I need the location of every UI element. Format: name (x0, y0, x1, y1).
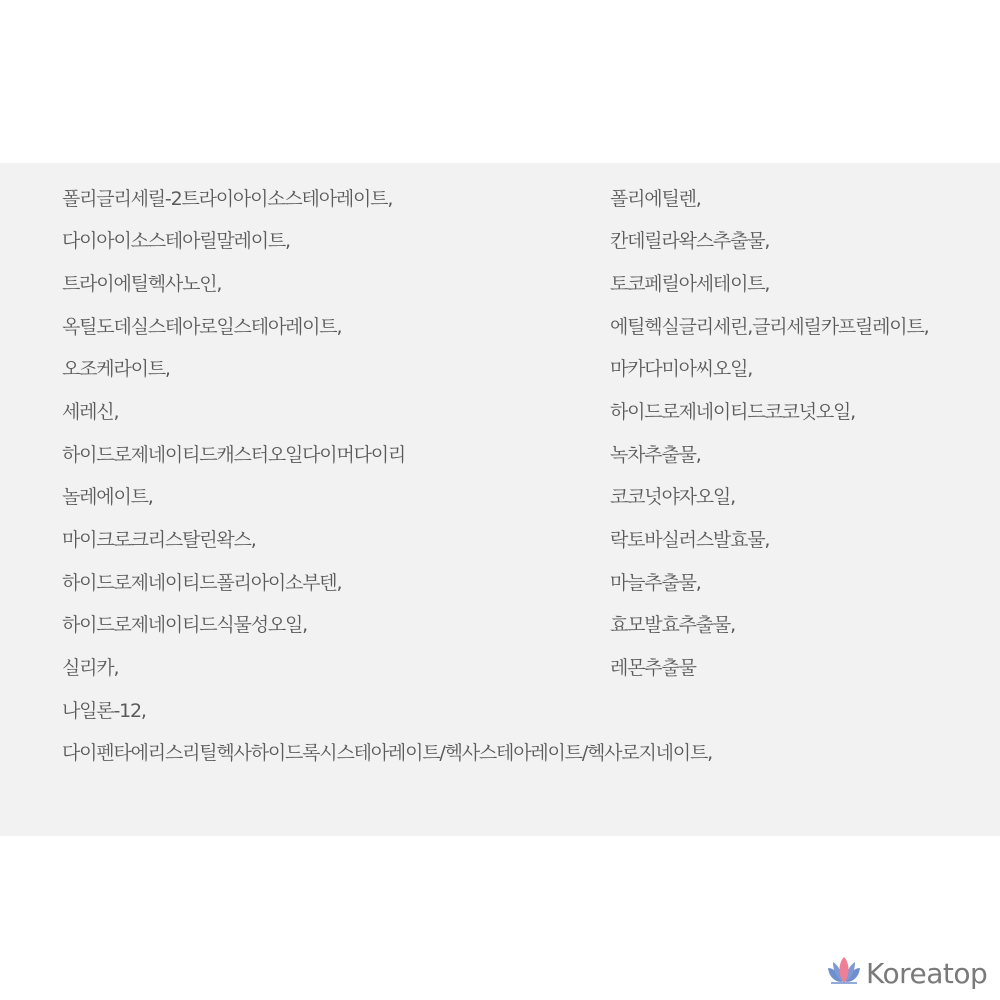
lotus-icon (826, 956, 862, 990)
ingredient-item: 폴리에틸렌, (610, 187, 701, 211)
ingredient-item: 트라이에틸헥사노인, (62, 272, 221, 296)
ingredients-panel: 폴리글리세릴-2트라이아이소스테아레이트, 다이아이소스테아릴말레이트, 트라이… (0, 163, 1000, 836)
brand-name: Koreatop (866, 957, 987, 990)
ingredient-item: 폴리글리세릴-2트라이아이소스테아레이트, (62, 187, 392, 211)
ingredient-item: 마늘추출물, (610, 571, 701, 595)
ingredient-item: 레몬추출물 (610, 656, 696, 680)
ingredient-item: 옥틸도데실스테아로일스테아레이트, (62, 315, 341, 339)
ingredient-item: 락토바실러스발효물, (610, 528, 769, 552)
ingredient-item: 효모발효추출물, (610, 613, 735, 637)
ingredient-item: 오조케라이트, (62, 357, 170, 381)
ingredient-item: 코코넛야자오일, (610, 485, 735, 509)
ingredient-item: 다이아이소스테아릴말레이트, (62, 229, 290, 253)
ingredient-item: 마카다미아씨오일, (610, 357, 752, 381)
brand-watermark: Koreatop (826, 955, 987, 991)
ingredient-item: 하이드로제네이티드캐스터오일다이머다이리 (62, 443, 405, 467)
ingredient-item: 하이드로제네이티드코코넛오일, (610, 400, 855, 424)
ingredient-item: 놀레에이트, (62, 485, 153, 509)
ingredient-item: 하이드로제네이티드폴리아이소부텐, (62, 571, 341, 595)
ingredient-item: 마이크로크리스탈린왁스, (62, 528, 256, 552)
ingredient-item: 칸데릴라왁스추출물, (610, 229, 769, 253)
ingredient-item: 다이펜타에리스리틸헥사하이드록시스테아레이트/헥사스테아레이트/헥사로지네이트, (62, 741, 712, 765)
ingredient-item: 하이드로제네이티드식물성오일, (62, 613, 307, 637)
ingredient-item: 토코페릴아세테이트, (610, 272, 769, 296)
ingredient-item: 녹차추출물, (610, 443, 701, 467)
ingredient-item: 나일론-12, (62, 699, 146, 723)
ingredient-item: 실리카, (62, 656, 118, 680)
ingredient-item: 세레신, (62, 400, 118, 424)
ingredient-item: 에틸헥실글리세린,글리세릴카프릴레이트, (610, 315, 928, 339)
